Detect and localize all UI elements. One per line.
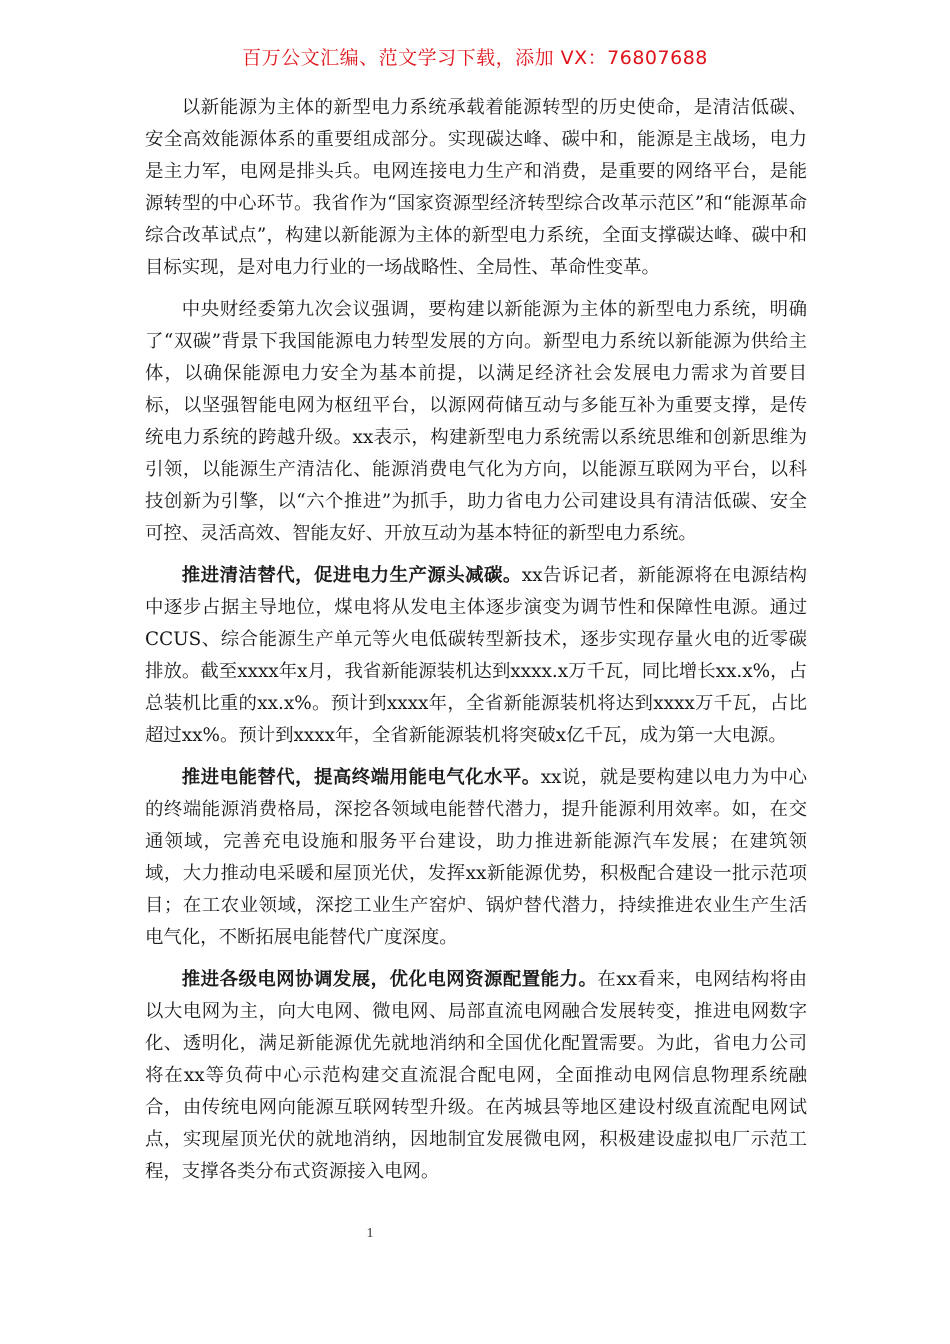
paragraph-clean-substitution: 推进清洁替代，促进电力生产源头减碳。xx告诉记者，新能源将在电源结构中逐步占据主… (145, 560, 807, 752)
document-page: 百万公文汇编、范文学习下载，添加 VX：76807688 以新能源为主体的新型电… (0, 0, 950, 1344)
paragraph-grid-coordination: 推进各级电网协调发展，优化电网资源配置能力。在xx看来，电网结构将由以大电网为主… (145, 964, 807, 1188)
paragraph-intro: 以新能源为主体的新型电力系统承载着能源转型的历史使命，是清洁低碳、安全高效能源体… (145, 92, 807, 284)
paragraph-text: 以新能源为主体的新型电力系统承载着能源转型的历史使命，是清洁低碳、安全高效能源体… (145, 97, 807, 278)
paragraph-text: xx告诉记者，新能源将在电源结构中逐步占据主导地位，煤电将从发电主体逐步演变为调… (145, 565, 807, 746)
paragraph-text: xx说，就是要构建以电力为中心的终端能源消费格局，深挖各领域电能替代潜力，提升能… (145, 767, 807, 948)
page-number: 1 (360, 1226, 380, 1242)
paragraph-text: 在xx看来，电网结构将由以大电网为主，向大电网、微电网、局部直流电网融合发展转变… (145, 969, 807, 1182)
paragraph-lead: 推进清洁替代，促进电力生产源头减碳。 (182, 565, 522, 586)
paragraph-lead: 推进各级电网协调发展，优化电网资源配置能力。 (182, 969, 598, 990)
document-body: 以新能源为主体的新型电力系统承载着能源转型的历史使命，是清洁低碳、安全高效能源体… (145, 92, 807, 1198)
header-banner: 百万公文汇编、范文学习下载，添加 VX：76807688 (0, 44, 950, 72)
paragraph-lead: 推进电能替代，提高终端用能电气化水平。 (182, 767, 541, 788)
paragraph-central-committee: 中央财经委第九次会议强调，要构建以新能源为主体的新型电力系统，明确了“双碳”背景… (145, 294, 807, 550)
paragraph-text: 中央财经委第九次会议强调，要构建以新能源为主体的新型电力系统，明确了“双碳”背景… (145, 299, 807, 544)
paragraph-electric-substitution: 推进电能替代，提高终端用能电气化水平。xx说，就是要构建以电力为中心的终端能源消… (145, 762, 807, 954)
